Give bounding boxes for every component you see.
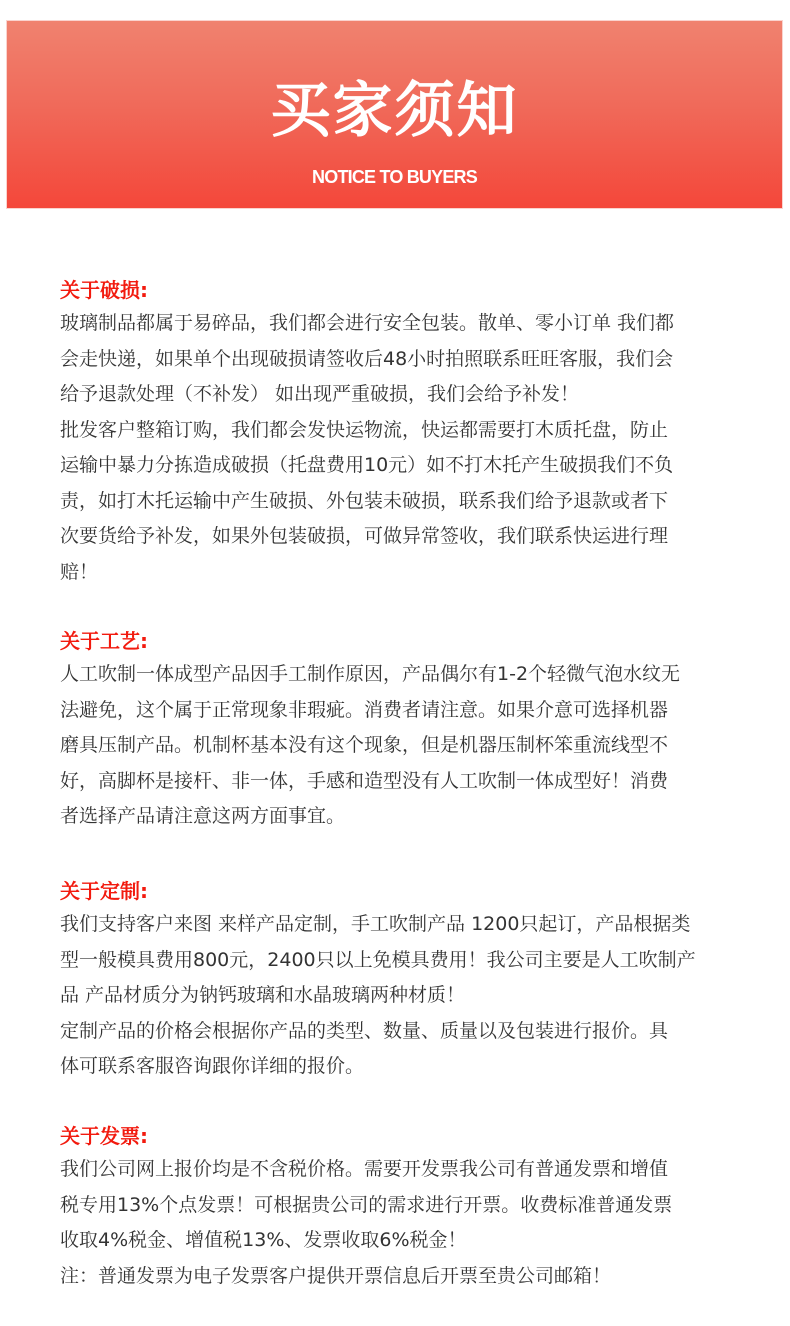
- banner-title: 买家须知: [7, 76, 782, 146]
- text-line: 者选择产品请注意这两方面事宜。: [60, 799, 740, 835]
- text-line: 玻璃制品都属于易碎品，我们都会进行安全包装。散单、零小订单 我们都: [60, 306, 740, 342]
- section-damage: 关于破损: 玻璃制品都属于易碎品，我们都会进行安全包装。散单、零小订单 我们都 …: [60, 274, 740, 590]
- banner-subtitle: NOTICE TO BUYERS: [7, 166, 782, 188]
- text-line: 收取4%税金、增值税13%、发票收取6%税金！: [60, 1223, 740, 1259]
- section-body: 人工吹制一体成型产品因手工制作原因，产品偶尔有1-2个轻微气泡水纹无 法避免，这…: [60, 657, 740, 835]
- section-body: 我们公司网上报价均是不含税价格。需要开发票我公司有普通发票和增值 税专用13%个…: [60, 1152, 740, 1294]
- text-line: 型一般模具费用800元，2400只以上免模具费用！我公司主要是人工吹制产: [60, 943, 740, 979]
- section-body: 玻璃制品都属于易碎品，我们都会进行安全包装。散单、零小订单 我们都 会走快递，如…: [60, 306, 740, 590]
- notice-banner: 买家须知 NOTICE TO BUYERS: [7, 21, 782, 208]
- text-line: 定制产品的价格会根据你产品的类型、数量、质量以及包装进行报价。具: [60, 1014, 740, 1050]
- text-line: 我们支持客户来图 来样产品定制，手工吹制产品 1200只起订，产品根据类: [60, 907, 740, 943]
- section-heading: 关于破损:: [60, 274, 740, 306]
- text-line: 税专用13%个点发票！可根据贵公司的需求进行开票。收费标准普通发票: [60, 1188, 740, 1224]
- section-heading: 关于发票:: [60, 1120, 740, 1152]
- text-line: 责，如打木托运输中产生破损、外包装未破损，联系我们给予退款或者下: [60, 484, 740, 520]
- text-line: 品 产品材质分为钠钙玻璃和水晶玻璃两种材质！: [60, 978, 740, 1014]
- text-line: 批发客户整箱订购，我们都会发快运物流，快运都需要打木质托盘，防止: [60, 413, 740, 449]
- section-heading: 关于工艺:: [60, 625, 740, 657]
- text-line: 会走快递，如果单个出现破损请签收后48小时拍照联系旺旺客服，我们会: [60, 342, 740, 378]
- text-line: 赔！: [60, 555, 740, 591]
- text-line: 好，高脚杯是接杆、非一体，手感和造型没有人工吹制一体成型好！消费: [60, 764, 740, 800]
- text-line: 人工吹制一体成型产品因手工制作原因，产品偶尔有1-2个轻微气泡水纹无: [60, 657, 740, 693]
- text-line: 运输中暴力分拣造成破损（托盘费用10元）如不打木托产生破损我们不负: [60, 448, 740, 484]
- text-line: 注：普通发票为电子发票客户提供开票信息后开票至贵公司邮箱！: [60, 1259, 740, 1295]
- section-customization: 关于定制: 我们支持客户来图 来样产品定制，手工吹制产品 1200只起订，产品根…: [60, 875, 740, 1085]
- text-line: 次要货给予补发，如果外包装破损，可做异常签收，我们联系快运进行理: [60, 519, 740, 555]
- text-line: 磨具压制产品。机制杯基本没有这个现象，但是机器压制杯笨重流线型不: [60, 728, 740, 764]
- section-heading: 关于定制:: [60, 875, 740, 907]
- text-line: 体可联系客服咨询跟你详细的报价。: [60, 1049, 740, 1085]
- section-craft: 关于工艺: 人工吹制一体成型产品因手工制作原因，产品偶尔有1-2个轻微气泡水纹无…: [60, 625, 740, 835]
- section-invoice: 关于发票: 我们公司网上报价均是不含税价格。需要开发票我公司有普通发票和增值 税…: [60, 1120, 740, 1294]
- text-line: 法避免，这个属于正常现象非瑕疵。消费者请注意。如果介意可选择机器: [60, 693, 740, 729]
- section-body: 我们支持客户来图 来样产品定制，手工吹制产品 1200只起订，产品根据类 型一般…: [60, 907, 740, 1085]
- text-line: 我们公司网上报价均是不含税价格。需要开发票我公司有普通发票和增值: [60, 1152, 740, 1188]
- text-line: 给予退款处理（不补发） 如出现严重破损，我们会给予补发！: [60, 377, 740, 413]
